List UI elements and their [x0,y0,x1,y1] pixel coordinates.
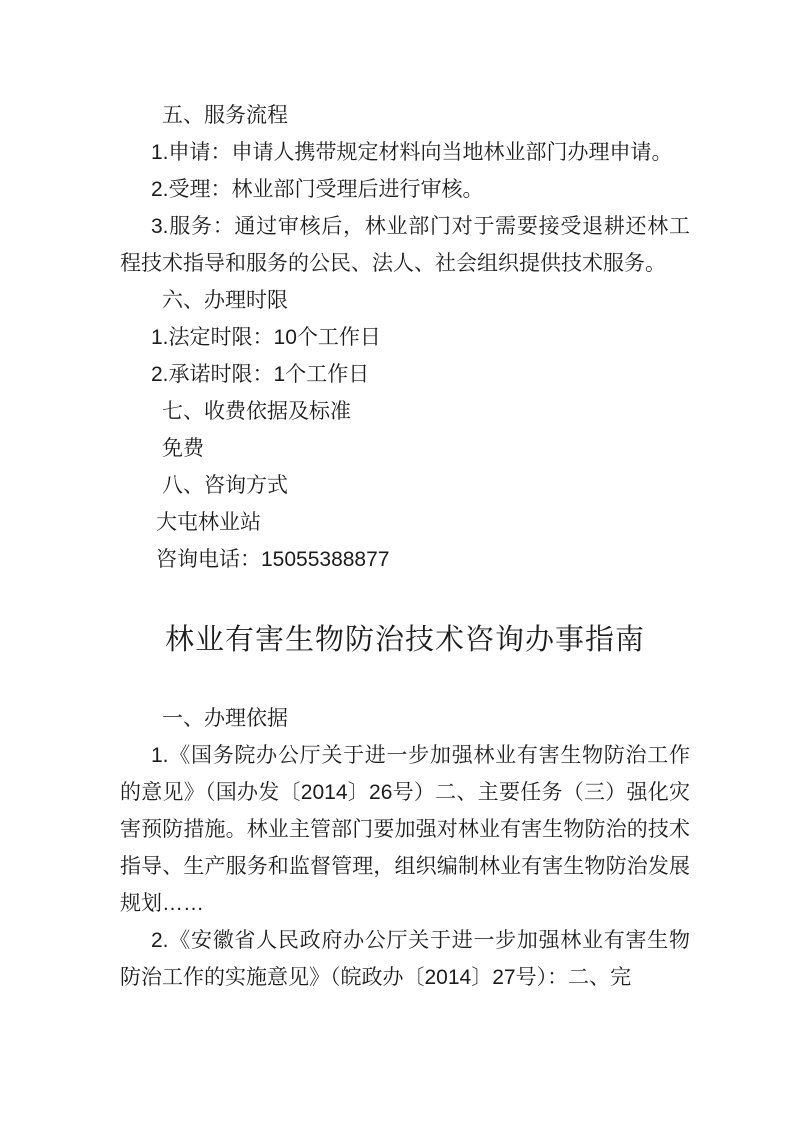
basis-item-1: 1.《国务院办公厅关于进一步加强林业有害生物防治工作的意见》（国办发〔2014〕… [120,737,690,922]
consultation-office: 大屯林业站 [120,504,690,541]
service-step-apply: 1.申请：申请人携带规定材料向当地林业部门办理申请。 [120,134,690,171]
time-limit-legal: 1.法定时限：10个工作日 [120,319,690,356]
heading-consultation: 八、咨询方式 [120,467,690,504]
service-step-accept: 2.受理：林业部门受理后进行审核。 [120,171,690,208]
heading-time-limit: 六、办理时限 [120,282,690,319]
heading-basis: 一、办理依据 [120,700,690,737]
fees-value: 免费 [120,430,690,467]
heading-service-flow: 五、服务流程 [120,97,690,134]
time-limit-promised: 2.承诺时限：1个工作日 [120,356,690,393]
service-step-serve: 3.服务：通过审核后，林业部门对于需要接受退耕还林工程技术指导和服务的公民、法人… [120,208,690,282]
document-page: 五、服务流程 1.申请：申请人携带规定材料向当地林业部门办理申请。 2.受理：林… [0,0,793,1122]
document-title: 林业有害生物防治技术咨询办事指南 [120,616,690,664]
heading-fees: 七、收费依据及标准 [120,393,690,430]
basis-item-2: 2.《安徽省人民政府办公厅关于进一步加强林业有害生物防治工作的实施意见》（皖政办… [120,922,690,996]
consultation-phone: 咨询电话：15055388877 [120,541,690,578]
